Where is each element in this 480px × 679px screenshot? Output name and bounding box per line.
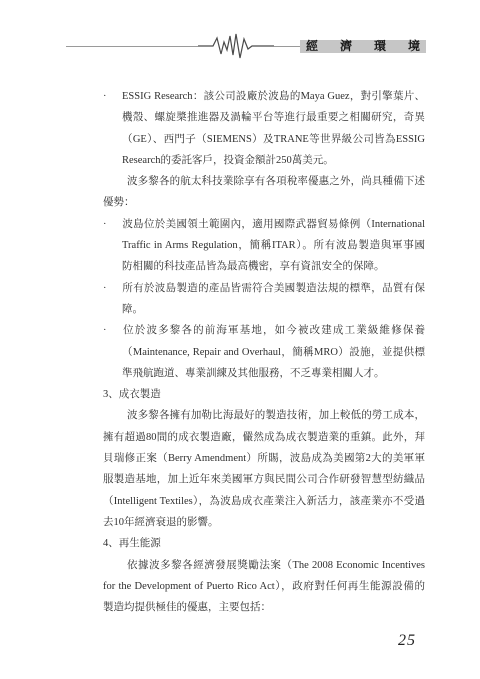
text-line: ·ESSIG Research：該公司設廠於波島的Maya Guez，對引擎葉片… xyxy=(103,86,425,107)
text-line: 防相關的科技產品皆為最高機密，享有資訊安全的保障。 xyxy=(103,256,425,277)
bullet-text: 波島位於美國領土範圍內，適用國際武器貿易條例（International xyxy=(122,219,425,230)
text-line: 3、成衣製造 xyxy=(103,384,425,405)
bullet-text: 位於波多黎各的前海軍基地，如今被改建成工業級維修保養 xyxy=(122,325,425,336)
bullet-text: ESSIG Research：該公司設廠於波島的Maya Guez，對引擎葉片、 xyxy=(122,91,425,102)
text-line: 機殼、螺旋槳推進器及渦輪平台等進行最重要之相關研究，奇異 xyxy=(103,107,425,128)
bullet-marker: · xyxy=(103,278,122,299)
text-line: 貝瑞修正案（Berry Amendment）所賜，波島成為美國第2大的美軍軍 xyxy=(103,448,425,469)
text-line: （Intelligent Textiles），為波島成衣產業注入新活力，該產業亦… xyxy=(103,491,425,512)
document-page: 經濟環境 ·ESSIG Research：該公司設廠於波島的Maya Guez，… xyxy=(0,0,480,679)
text-line: ·所有於波島製造的產品皆需符合美國製造法規的標準，品質有保 xyxy=(103,278,425,299)
text-line: ·位於波多黎各的前海軍基地，如今被改建成工業級維修保養 xyxy=(103,320,425,341)
text-line: 優勢： xyxy=(103,192,425,213)
header-title-char: 濟 xyxy=(340,40,352,53)
text-line: 4、再生能源 xyxy=(103,533,425,554)
text-line: for the Development of Puerto Rico Act），… xyxy=(103,576,425,597)
text-line: 去10年經濟衰退的影響。 xyxy=(103,512,425,533)
text-line: 服製造基地，加上近年來美國軍方與民間公司合作研發智慧型紡織品 xyxy=(103,469,425,490)
text-line: ·波島位於美國領土範圍內，適用國際武器貿易條例（International xyxy=(103,214,425,235)
document-body: ·ESSIG Research：該公司設廠於波島的Maya Guez，對引擎葉片… xyxy=(103,86,425,618)
text-line: 波多黎各的航太科技業除享有各項稅率優惠之外，尚具種備下述 xyxy=(103,171,425,192)
text-line: Traffic in Arms Regulation，簡稱ITAR）。所有波島製… xyxy=(103,235,425,256)
text-line: （Maintenance, Repair and Overhaul，簡稱MRO）… xyxy=(103,342,425,363)
bullet-marker: · xyxy=(103,320,122,341)
waveform-icon xyxy=(198,32,274,61)
bullet-text: 所有於波島製造的產品皆需符合美國製造法規的標準，品質有保 xyxy=(122,283,425,294)
header-title-char: 環 xyxy=(374,40,386,53)
header-title-char: 境 xyxy=(408,40,420,53)
text-line: 波多黎各擁有加勒比海最好的製造技術，加上較低的勞工成本， xyxy=(103,405,425,426)
bullet-marker: · xyxy=(103,214,122,235)
text-line: 擁有超過80間的成衣製造廠，儼然成為成衣製造業的重鎮。此外，拜 xyxy=(103,427,425,448)
header-title-bar: 經濟環境 xyxy=(300,40,426,53)
header-title-char: 經 xyxy=(306,40,318,53)
text-line: 依據波多黎各經濟發展獎勵法案（The 2008 Economic Incenti… xyxy=(103,555,425,576)
text-line: 準飛航跑道、專業訓練及其他服務，不乏專業相關人才。 xyxy=(103,363,425,384)
text-line: Research的委託客戶，投資金額計250萬美元。 xyxy=(103,150,425,171)
text-line: （GE）、西門子（SIEMENS）及TRANE等世界級公司皆為ESSIG xyxy=(103,129,425,150)
text-line: 製造均提供極佳的優惠，主要包括： xyxy=(103,597,425,618)
page-number: 25 xyxy=(398,632,416,650)
bullet-marker: · xyxy=(103,86,122,107)
text-line: 障。 xyxy=(103,299,425,320)
